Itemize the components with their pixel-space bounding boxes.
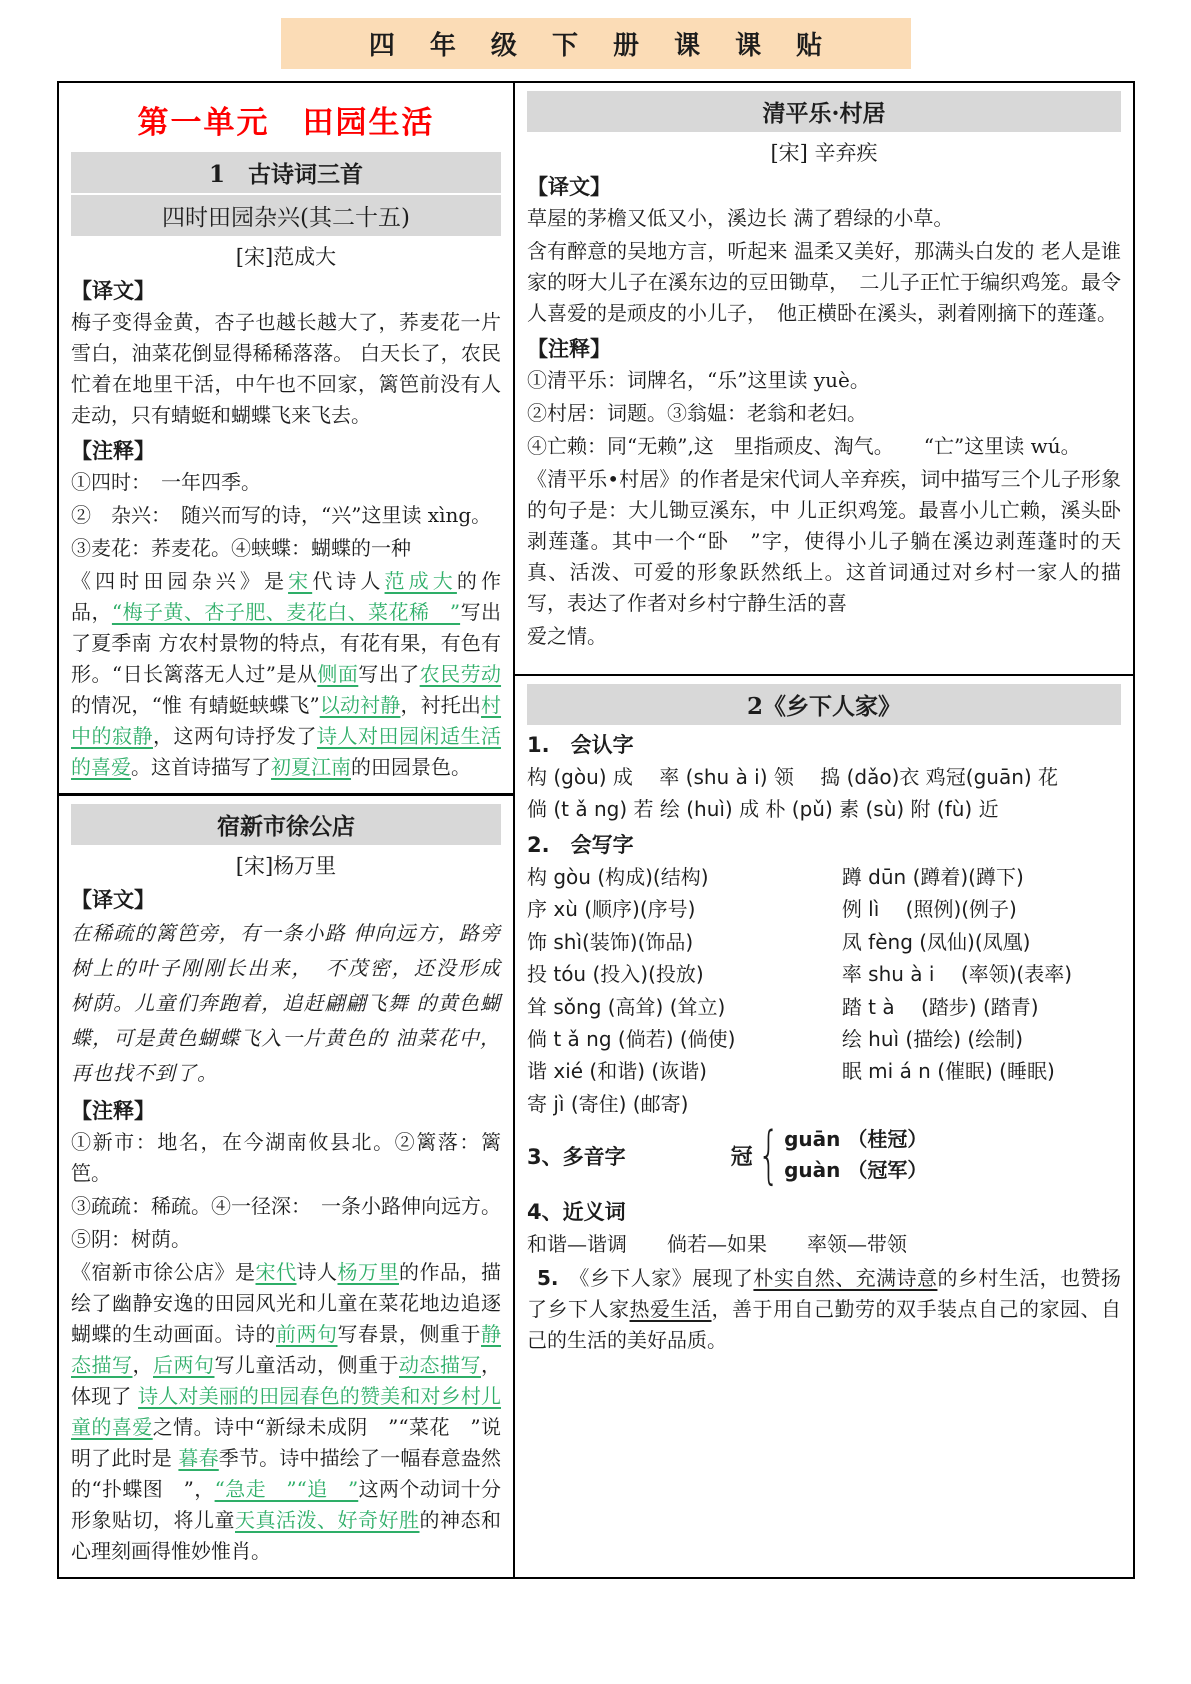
poem2-yiwen-label: 【译文】 bbox=[71, 884, 501, 914]
poem3-yiwen-line2: 含有醉意的吴地方言，听起来 温柔又美好，那满头白发的 老人是谁家的呀大儿子在溪东… bbox=[527, 236, 1121, 329]
poem2-zhushi-label: 【注释】 bbox=[71, 1095, 501, 1125]
xiezi-entry: 构 gòu (构成)(结构) bbox=[527, 861, 842, 893]
poem3-yiwen-label: 【译文】 bbox=[527, 171, 1121, 201]
poem1-zhushi-label: 【注释】 bbox=[71, 435, 501, 465]
left-column: 第一单元 田园生活 1 古诗词三首 四时田园杂兴(其二十五) [宋]范成大 【译… bbox=[59, 83, 515, 1577]
poem2-note: ③疏疏：稀疏。④一径深： 一条小路伸向远方。 bbox=[71, 1191, 501, 1222]
poem3-author: [宋] 辛弃疾 bbox=[527, 137, 1121, 167]
xiezi-entry: 蹲 dūn (蹲着)(蹲下) bbox=[842, 861, 1121, 893]
xiezi-entry: 绘 huì (描绘) (绘制) bbox=[842, 1023, 1121, 1055]
xiezi-entry: 率 shu à i (率领)(表率) bbox=[842, 958, 1121, 990]
xiezi-entry: 眠 mi á n (催眠) (睡眠) bbox=[842, 1055, 1121, 1087]
xiezi-word-list: 构 gòu (构成)(结构) 蹲 dūn (蹲着)(蹲下) 序 xù (顺序)(… bbox=[527, 861, 1121, 1120]
right-column: 清平乐·村居 [宋] 辛弃疾 【译文】 草屋的茅檐又低又小，溪边长 满了碧绿的小… bbox=[515, 83, 1133, 1577]
duoyinzi-row: 3、多音字 冠 { guān （桂冠） guàn （冠军） bbox=[527, 1124, 1121, 1186]
section-xiangxia-renjia: 2《乡下人家》 1. 会认字 构 (gòu) 成 率 (shu à i) 领 捣… bbox=[515, 676, 1133, 1577]
poem1-yiwen-label: 【译文】 bbox=[71, 275, 501, 305]
unit-title: 第一单元 田园生活 bbox=[71, 97, 501, 142]
poem2-title: 宿新市徐公店 bbox=[71, 804, 501, 845]
poem2-analysis: 《宿新市徐公店》是宋代诗人杨万里的作品，描绘了幽静安逸的田园风光和儿童在菜花地边… bbox=[71, 1257, 501, 1567]
poem2-author: [宋]杨万里 bbox=[71, 850, 501, 880]
xiezi-entry: 投 tóu (投入)(投放) bbox=[527, 958, 842, 990]
xiezi-entry: 耸 sǒng (高耸) (耸立) bbox=[527, 991, 842, 1023]
worksheet-table: 第一单元 田园生活 1 古诗词三首 四时田园杂兴(其二十五) [宋]范成大 【译… bbox=[57, 81, 1135, 1579]
xiezi-entry: 例 lì (照例)(例子) bbox=[842, 893, 1121, 925]
xiezi-entry: 倘 t ǎ ng (倘若) (倘使) bbox=[527, 1023, 842, 1055]
jinyici-label: 4、近义词 bbox=[527, 1196, 1121, 1226]
poem3-note: ②村居：词题。③翁媪：老翁和老妇。 bbox=[527, 398, 1121, 429]
lesson2-header: 2《乡下人家》 bbox=[527, 684, 1121, 725]
duoyinzi-reading: guān （桂冠） bbox=[784, 1124, 927, 1155]
poem2-yiwen-text: 在稀疏的篱笆旁，有一条小路 伸向远方，路旁树上的叶子刚刚长出来， 不茂密，还没形… bbox=[71, 916, 501, 1091]
page-banner-title: 四 年 级 下 册 课 课 贴 bbox=[281, 18, 911, 69]
duoyinzi-readings: guān （桂冠） guàn （冠军） bbox=[784, 1124, 927, 1186]
poem1-note: ③麦花：荞麦花。④蛱蝶：蝴蝶的一种 bbox=[71, 533, 501, 564]
poem3-analysis: 《清平乐•村居》的作者是宋代词人辛弃疾，词中描写三个儿子形象的句子是：大儿锄豆溪… bbox=[527, 464, 1121, 619]
duoyinzi-character: 冠 bbox=[731, 1140, 753, 1171]
poem3-title: 清平乐·村居 bbox=[527, 91, 1121, 132]
xiezi-entry: 踏 t à (踏步) (踏青) bbox=[842, 991, 1121, 1023]
xiezi-entry: 序 xù (顺序)(序号) bbox=[527, 893, 842, 925]
poem3-note: ①清平乐：词牌名，“乐”这里读 yuè。 bbox=[527, 365, 1121, 396]
summary-item5: 5. 《乡下人家》展现了朴实自然、充满诗意的乡村生活，也赞扬了乡下人家热爱生活，… bbox=[527, 1263, 1121, 1356]
poem2-note: ①新市：地名，在今湖南攸县北。②篱落：篱笆。 bbox=[71, 1127, 501, 1189]
xiezi-entry: 凤 fèng (凤仙)(凤凰) bbox=[842, 926, 1121, 958]
lesson1-header: 1 古诗词三首 bbox=[71, 152, 501, 193]
renzi-line: 倘 (t ǎ ng) 若 绘 (huì) 成 朴 (pǔ) 素 (sù) 附 (… bbox=[527, 793, 1121, 825]
renzi-line: 构 (gòu) 成 率 (shu à i) 领 捣 (dǎo)衣 鸡冠(guān… bbox=[527, 761, 1121, 793]
page: 四 年 级 下 册 课 课 贴 第一单元 田园生活 1 古诗词三首 四时田园杂兴… bbox=[0, 18, 1191, 1579]
poem1-note: ①四时： 一年四季。 bbox=[71, 467, 501, 498]
xiezi-entry: 寄 jì (寄住) (邮寄) bbox=[527, 1088, 842, 1120]
poem1-analysis: 《四时田园杂兴》是宋代诗人范成大的作品，“梅子黄、杏子肥、麦花白、菜花稀 ”写出… bbox=[71, 566, 501, 783]
poem1-title: 四时田园杂兴(其二十五) bbox=[71, 195, 501, 236]
duoyinzi-group: 冠 { guān （桂冠） guàn （冠军） bbox=[731, 1124, 928, 1186]
xiezi-entry: 谐 xié (和谐) (诙谐) bbox=[527, 1055, 842, 1087]
poem1-yiwen-text: 梅子变得金黄，杏子也越长越大了，荞麦花一片雪白，油菜花倒显得稀稀落落。 白天长了… bbox=[71, 307, 501, 431]
poem1-note: ② 杂兴： 随兴而写的诗，“兴”这里读 xìng。 bbox=[71, 500, 501, 531]
brace-glyph: { bbox=[758, 1127, 780, 1183]
xiezi-label: 2. 会写字 bbox=[527, 829, 1121, 859]
jinyici-pairs: 和谐—谐调 倘若—如果 率领—带领 bbox=[527, 1228, 1121, 1257]
poem3-note: ④亡赖：同“无赖”,这 里指顽皮、淘气。 “亡”这里读 wú。 bbox=[527, 431, 1121, 462]
poem3-zhushi-label: 【注释】 bbox=[527, 333, 1121, 363]
duoyinzi-label: 3、多音字 bbox=[527, 1141, 626, 1171]
duoyinzi-reading: guàn （冠军） bbox=[784, 1155, 927, 1186]
renzi-label: 1. 会认字 bbox=[527, 729, 1121, 759]
section-qingpingyue-cunju: 清平乐·村居 [宋] 辛弃疾 【译文】 草屋的茅檐又低又小，溪边长 满了碧绿的小… bbox=[515, 83, 1133, 676]
poem3-analysis-end: 爱之情。 bbox=[527, 621, 1121, 652]
section-suxinshi-xugongdian: 宿新市徐公店 [宋]杨万里 【译文】 在稀疏的篱笆旁，有一条小路 伸向远方，路旁… bbox=[59, 796, 513, 1577]
poem1-author: [宋]范成大 bbox=[71, 241, 501, 271]
poem3-yiwen-line1: 草屋的茅檐又低又小，溪边长 满了碧绿的小草。 bbox=[527, 203, 1121, 234]
xiezi-entry bbox=[842, 1088, 1121, 1120]
section-sishi-tianyuan: 第一单元 田园生活 1 古诗词三首 四时田园杂兴(其二十五) [宋]范成大 【译… bbox=[59, 83, 513, 796]
xiezi-entry: 饰 shì(装饰)(饰品) bbox=[527, 926, 842, 958]
poem2-note: ⑤阴：树荫。 bbox=[71, 1224, 501, 1255]
